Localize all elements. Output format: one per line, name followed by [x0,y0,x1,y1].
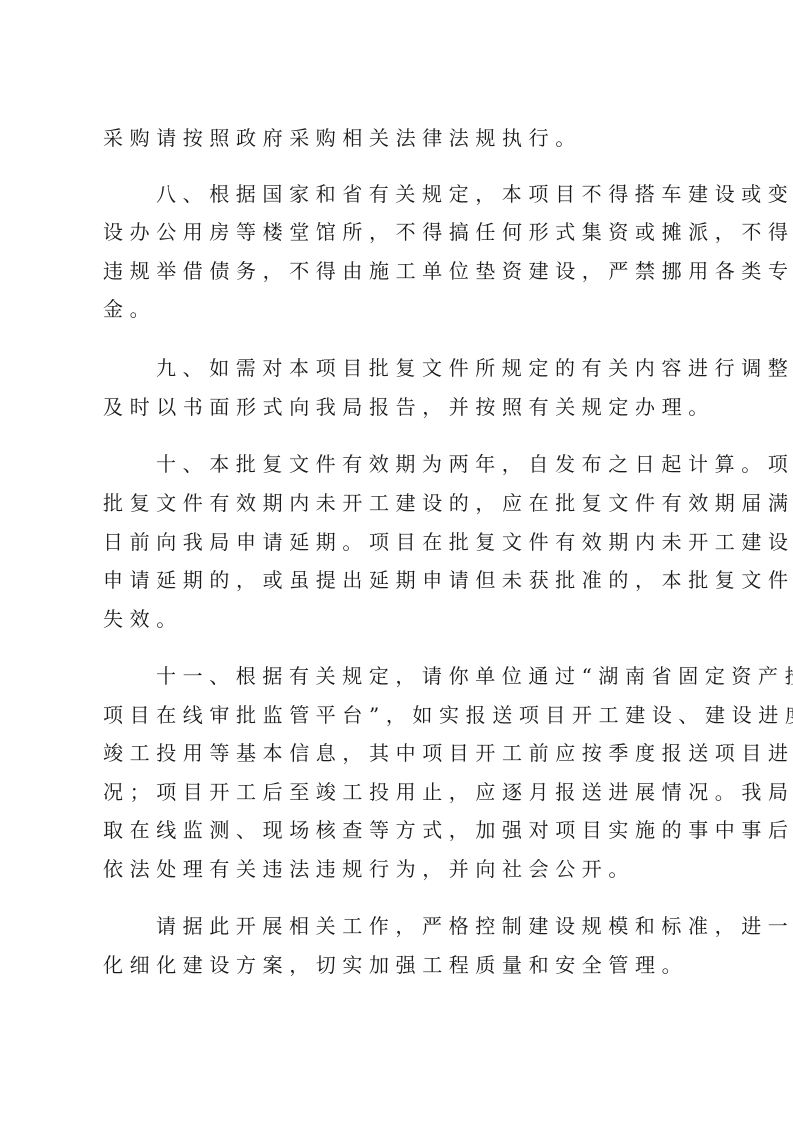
paragraph-closing-line-1: 请据此开展相关工作，严格控制建设规模和标准，进一步优 [156,911,756,941]
paragraph-item-10-line-2: 批复文件有效期内未开工建设的，应在批复文件有效期届满 30 [103,488,703,518]
paragraph-item-10-line-5: 失效。 [103,604,703,634]
paragraph-item-11-line-4: 况；项目开工后至竣工投用止，应逐月报送进展情况。我局将采 [103,777,703,807]
paragraph-procurement-line-1: 采购请按照政府采购相关法律法规执行。 [103,123,703,153]
paragraph-item-8-line-1: 八、根据国家和省有关规定，本项目不得搭车建设或变相建 [156,179,756,209]
paragraph-item-11-line-6: 依法处理有关违法违规行为，并向社会公开。 [103,854,703,884]
paragraph-item-10-line-1: 十、本批复文件有效期为两年，自发布之日起计算。项目在 [156,449,756,479]
paragraph-closing-line-2: 化细化建设方案，切实加强工程质量和安全管理。 [103,950,703,980]
paragraph-item-9-line-2: 及时以书面形式向我局报告，并按照有关规定办理。 [103,392,703,422]
document-page: 采购请按照政府采购相关法律法规执行。 八、根据国家和省有关规定，本项目不得搭车建… [0,0,793,1122]
paragraph-item-11-line-2: 项目在线审批监管平台”，如实报送项目开工建设、建设进度、 [103,700,703,730]
paragraph-item-8-line-4: 金。 [103,294,703,324]
paragraph-item-11-line-1: 十一、根据有关规定，请你单位通过“湖南省固定资产投资 [156,661,756,691]
paragraph-item-8-line-3: 违规举借债务，不得由施工单位垫资建设，严禁挪用各类专项资 [103,256,703,286]
paragraph-item-8-line-2: 设办公用房等楼堂馆所，不得搞任何形式集资或摊派，不得违法 [103,217,703,247]
paragraph-item-11-line-5: 取在线监测、现场核查等方式，加强对项目实施的事中事后监管， [103,815,703,845]
paragraph-item-10-line-3: 日前向我局申请延期。项目在批复文件有效期内未开工建设也未 [103,527,703,557]
paragraph-item-11-line-3: 竣工投用等基本信息，其中项目开工前应按季度报送项目进展情 [103,738,703,768]
paragraph-item-10-line-4: 申请延期的，或虽提出延期申请但未获批准的，本批复文件自动 [103,565,703,595]
paragraph-item-9-line-1: 九、如需对本项目批复文件所规定的有关内容进行调整，请 [156,353,756,383]
